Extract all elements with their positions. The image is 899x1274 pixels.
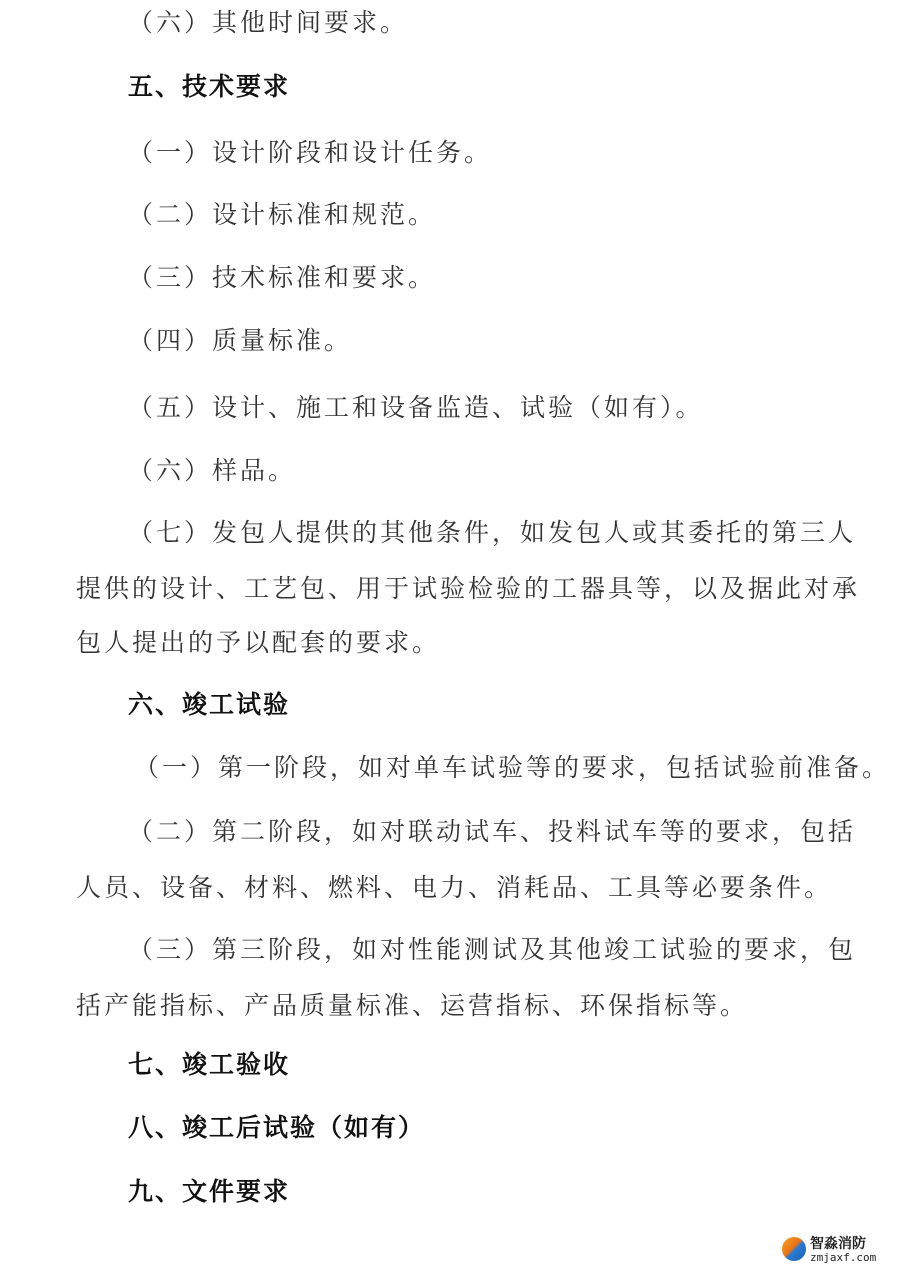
- paragraph-line: （三）第三阶段，如对性能测试及其他竣工试验的要求，包: [128, 935, 856, 965]
- paragraph-line: （五）设计、施工和设备监造、试验（如有）。: [128, 393, 704, 423]
- paragraph-line: 提供的设计、工艺包、用于试验检验的工器具等，以及据此对承: [76, 574, 860, 604]
- paragraph-line: （四）质量标准。: [128, 326, 352, 356]
- paragraph-line: （三）技术标准和要求。: [128, 263, 436, 293]
- paragraph-line: 人员、设备、材料、燃料、电力、消耗品、工具等必要条件。: [76, 873, 832, 903]
- watermark-url: zmjaxf.com: [810, 1251, 876, 1264]
- zm-logo-icon: [782, 1237, 806, 1261]
- section-heading: 六、竣工试验: [128, 690, 290, 720]
- paragraph-line: （二）设计标准和规范。: [128, 200, 436, 230]
- paragraph-line: 括产能指标、产品质量标准、运营指标、环保指标等。: [76, 991, 748, 1021]
- section-heading: 七、竣工验收: [128, 1050, 290, 1080]
- paragraph-line: （一）第一阶段，如对单车试验等的要求，包括试验前准备。: [134, 753, 890, 783]
- section-heading: 九、文件要求: [128, 1177, 290, 1207]
- watermark: 智淼消防 zmjaxf.com: [782, 1233, 892, 1267]
- section-heading: 五、技术要求: [128, 72, 290, 102]
- paragraph-line: （七）发包人提供的其他条件，如发包人或其委托的第三人: [128, 518, 856, 548]
- section-heading: 八、竣工后试验（如有）: [128, 1113, 425, 1143]
- paragraph-line: （六）样品。: [128, 456, 296, 486]
- paragraph-line: （一）设计阶段和设计任务。: [128, 138, 492, 168]
- paragraph-line: 包人提出的予以配套的要求。: [76, 628, 440, 658]
- watermark-name: 智淼消防: [810, 1233, 866, 1253]
- paragraph-line: （二）第二阶段，如对联动试车、投料试车等的要求，包括: [128, 817, 856, 847]
- paragraph-line: （六）其他时间要求。: [128, 8, 408, 38]
